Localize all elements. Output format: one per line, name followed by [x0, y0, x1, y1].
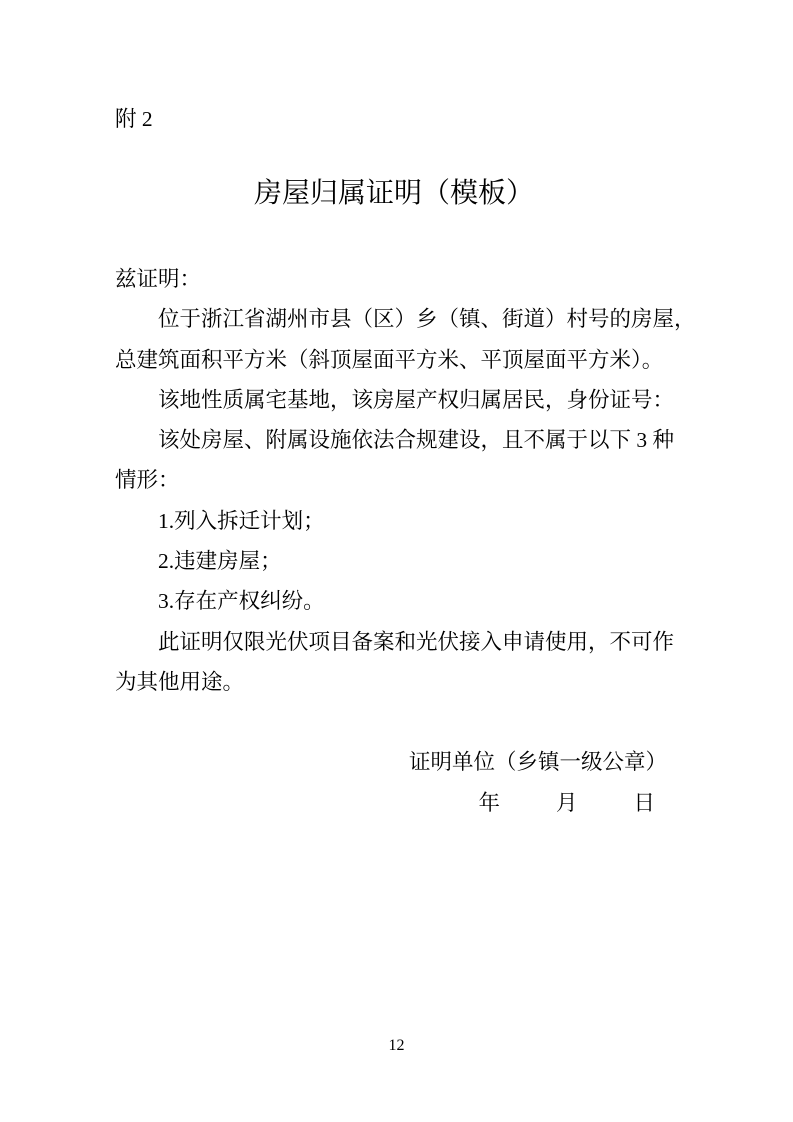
- document-body: 兹证明：位于浙江省湖州市县（区）乡（镇、街道）村号的房屋，总建筑面积平方米（斜顶…: [115, 259, 693, 702]
- body-line: 3.存在产权纠纷。: [115, 581, 693, 621]
- body-line: 总建筑面积平方米（斜顶屋面平方米、平顶屋面平方米）。: [115, 340, 693, 380]
- page-number: 12: [0, 1036, 793, 1056]
- date-part: 月: [556, 791, 578, 815]
- signature-block: 证明单位（乡镇一级公章） 年月日: [115, 742, 693, 823]
- body-line: 位于浙江省湖州市县（区）乡（镇、街道）村号的房屋，: [115, 299, 693, 339]
- body-line: 该地性质属宅基地，该房屋产权归属居民，身份证号：: [115, 380, 693, 420]
- document-page: 附 2 房屋归属证明（模板） 兹证明：位于浙江省湖州市县（区）乡（镇、街道）村号…: [0, 0, 793, 1122]
- body-line: 1.列入拆迁计划；: [115, 501, 693, 541]
- body-line: 为其他用途。: [115, 662, 693, 702]
- body-line: 2.违建房屋；: [115, 541, 693, 581]
- signature-unit-line: 证明单位（乡镇一级公章）: [115, 742, 693, 782]
- date-part: 年: [478, 791, 500, 815]
- date-part: 日: [633, 791, 655, 815]
- signature-date-line: 年月日: [115, 783, 693, 823]
- body-line: 兹证明：: [115, 259, 693, 299]
- attachment-label: 附 2: [115, 99, 693, 139]
- document-title: 房屋归属证明（模板）: [115, 172, 693, 216]
- body-line: 此证明仅限光伏项目备案和光伏接入申请使用，不可作: [115, 622, 693, 662]
- body-line: 该处房屋、附属设施依法合规建设，且不属于以下 3 种: [115, 420, 693, 460]
- body-line: 情形：: [115, 460, 693, 500]
